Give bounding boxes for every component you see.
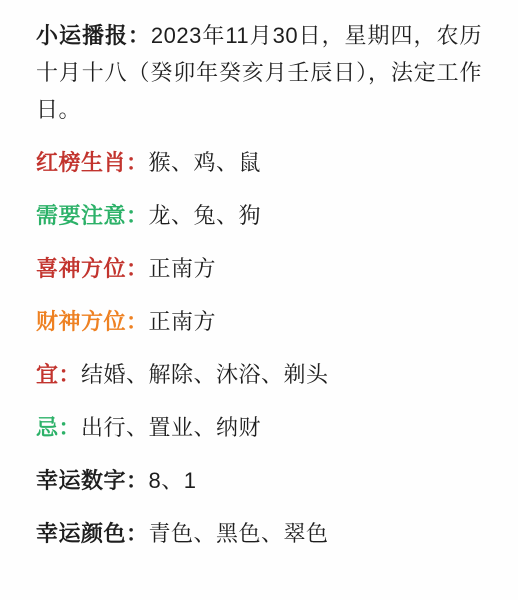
intro-label: 小运播报：: [36, 23, 151, 48]
lucky-colors-label: 幸运颜色：: [36, 521, 149, 546]
section-suitable-activities: 宜：结婚、解除、沐浴、剃头: [36, 356, 482, 393]
joy-god-value: 正南方: [149, 256, 217, 281]
joy-god-label: 喜神方位：: [36, 256, 149, 281]
red-list-value: 猴、鸡、鼠: [149, 150, 262, 175]
section-lucky-colors: 幸运颜色：青色、黑色、翠色: [36, 515, 482, 552]
fortune-broadcast-card: 小运播报：2023年11月30日，星期四，农历十月十八（癸卯年癸亥月壬辰日），法…: [0, 0, 518, 600]
section-joy-god-direction: 喜神方位：正南方: [36, 250, 482, 287]
section-lucky-numbers: 幸运数字：8、1: [36, 462, 482, 499]
section-caution-zodiacs: 需要注意：龙、兔、狗: [36, 197, 482, 234]
wealth-god-value: 正南方: [149, 309, 217, 334]
section-red-list-zodiacs: 红榜生肖：猴、鸡、鼠: [36, 144, 482, 181]
intro-paragraph: 小运播报：2023年11月30日，星期四，农历十月十八（癸卯年癸亥月壬辰日），法…: [36, 17, 482, 128]
section-wealth-god-direction: 财神方位：正南方: [36, 303, 482, 340]
caution-label: 需要注意：: [36, 203, 149, 228]
lucky-numbers-label: 幸运数字：: [36, 468, 149, 493]
avoid-label: 忌：: [36, 415, 81, 440]
caution-value: 龙、兔、狗: [149, 203, 262, 228]
suitable-value: 结婚、解除、沐浴、剃头: [81, 362, 329, 387]
red-list-label: 红榜生肖：: [36, 150, 149, 175]
lucky-numbers-value: 8、1: [149, 468, 197, 493]
wealth-god-label: 财神方位：: [36, 309, 149, 334]
lucky-colors-value: 青色、黑色、翠色: [149, 521, 329, 546]
suitable-label: 宜：: [36, 362, 81, 387]
avoid-value: 出行、置业、纳财: [81, 415, 261, 440]
section-avoid-activities: 忌：出行、置业、纳财: [36, 409, 482, 446]
